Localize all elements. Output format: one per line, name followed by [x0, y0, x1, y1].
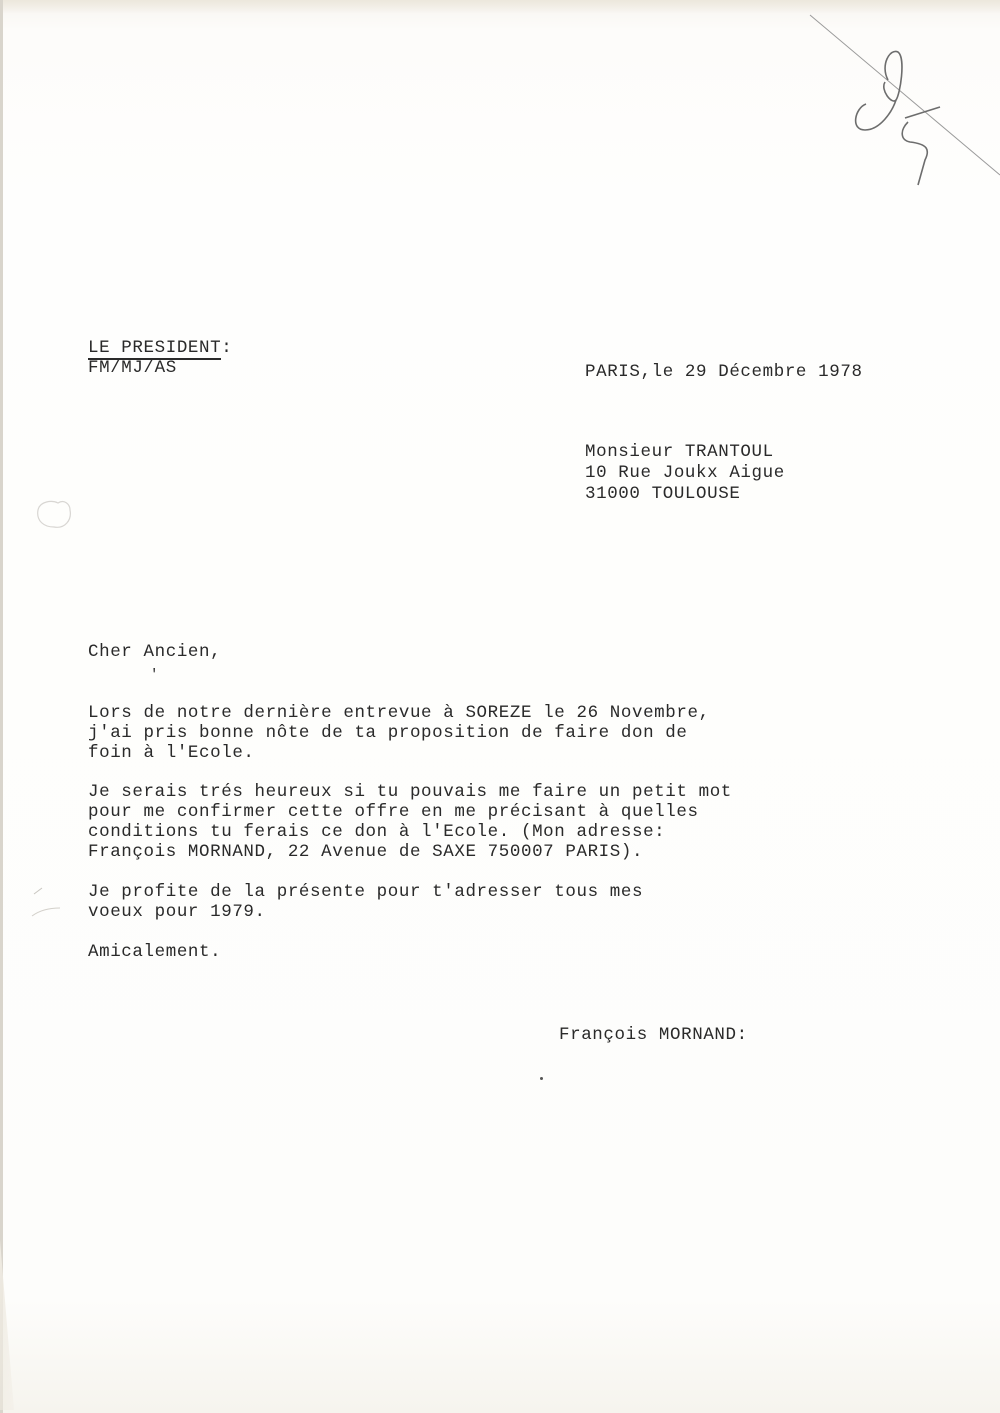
- paragraph-1-line-2: j'ai pris bonne nôte de ta proposition d…: [88, 722, 688, 744]
- stray-mark: ': [150, 664, 159, 686]
- handwritten-annotation-icon: [800, 0, 1000, 200]
- salutation: Cher Ancien,: [88, 641, 221, 663]
- paragraph-1-line-3: foin à l'Ecole.: [88, 742, 255, 764]
- recipient-name: Monsieur TRANTOUL: [585, 441, 774, 463]
- sender-title-colon: :: [221, 338, 232, 358]
- recipient-city: 31000 TOULOUSE: [585, 483, 740, 505]
- signature: François MORNAND:: [559, 1024, 748, 1046]
- ink-dot: [540, 1077, 543, 1080]
- paragraph-2-line-4: François MORNAND, 22 Avenue de SAXE 7500…: [88, 841, 643, 863]
- paragraph-3-line-1: Je profite de la présente pour t'adresse…: [88, 881, 643, 903]
- recipient-street: 10 Rue Joukx Aigue: [585, 462, 785, 484]
- date-line: PARIS,le 29 Décembre 1978: [585, 361, 863, 383]
- sender-title: LE PRESIDENT:: [88, 337, 232, 359]
- paragraph-2-line-2: pour me confirmer cette offre en me préc…: [88, 801, 699, 823]
- paper-damage-mark-icon: [30, 880, 90, 920]
- paragraph-2-line-3: conditions tu ferais ce don à l'Ecole. (…: [88, 821, 665, 843]
- paragraph-3-line-2: voeux pour 1979.: [88, 901, 266, 923]
- paper-left-edge: [0, 0, 3, 1413]
- closing: Amicalement.: [88, 941, 221, 963]
- letter-page: LE PRESIDENT: FM/MJ/AS PARIS,le 29 Décem…: [0, 0, 1000, 1413]
- reference-code: FM/MJ/AS: [88, 357, 177, 379]
- punch-hole-mark-icon: [30, 495, 80, 535]
- paragraph-1-line-1: Lors de notre dernière entrevue à SOREZE…: [88, 702, 710, 724]
- paper-fold: [0, 1240, 40, 1410]
- paragraph-2-line-1: Je serais trés heureux si tu pouvais me …: [88, 781, 732, 803]
